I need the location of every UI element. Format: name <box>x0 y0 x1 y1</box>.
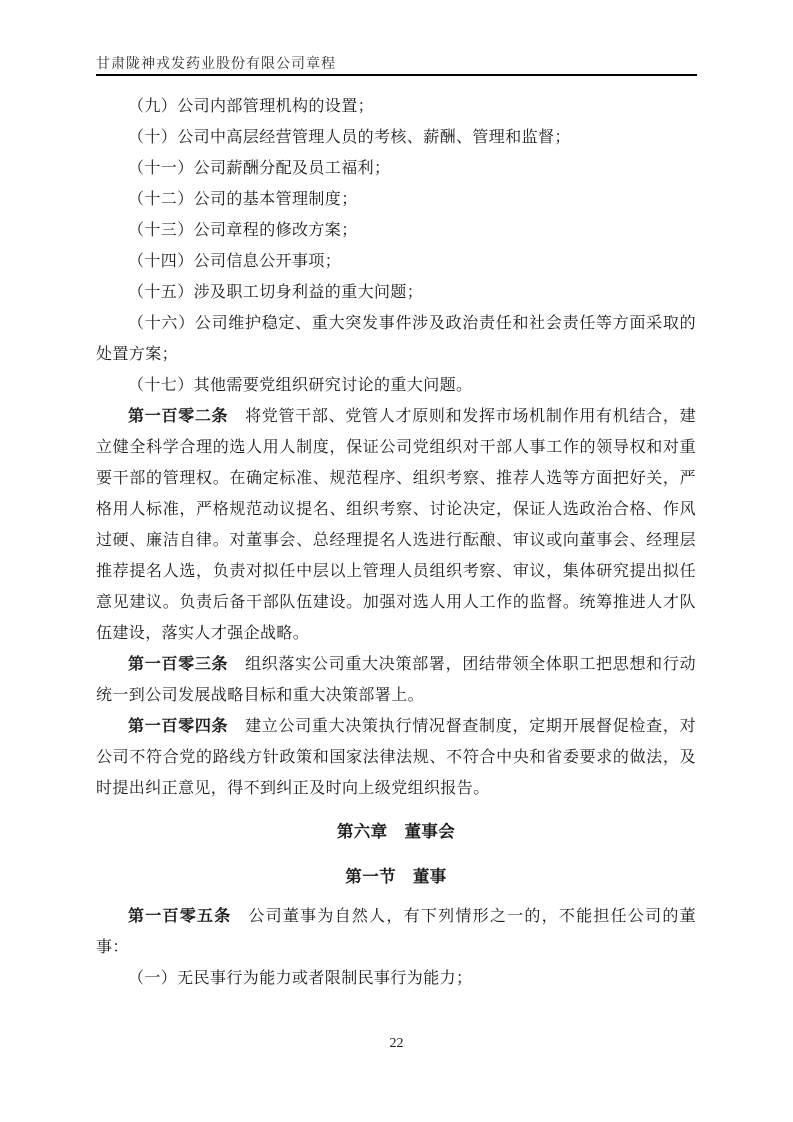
clause-paragraph: （十六）公司维护稳定、重大突发事件涉及政治责任和社会责任等方面采取的处置方案； <box>96 308 696 370</box>
article-paragraph: 第一百零二条将党管干部、党管人才原则和发挥市场机制作用有机结合，建立健全科学合理… <box>96 401 696 649</box>
article-number: 第一百零二条 <box>128 408 228 425</box>
clause-paragraph: （一）无民事行为能力或者限制民事行为能力； <box>96 963 696 994</box>
article-number: 第一百零三条 <box>128 656 228 673</box>
section-heading: 第一节 董事 <box>96 861 696 892</box>
clause-paragraph: （十）公司中高层经营管理人员的考核、薪酬、管理和监督； <box>96 122 696 153</box>
page-number: 22 <box>0 1036 793 1052</box>
article-text: 将党管干部、党管人才原则和发挥市场机制作用有机结合，建立健全科学合理的选人用人制… <box>96 408 696 642</box>
document-page: 甘肃陇神戎发药业股份有限公司章程 （九）公司内部管理机构的设置；（十）公司中高层… <box>0 0 793 1122</box>
article-paragraph: 第一百零五条公司董事为自然人，有下列情形之一的，不能担任公司的董事： <box>96 901 696 963</box>
article-paragraph: 第一百零四条建立公司重大决策执行情况督查制度，定期开展督促检查，对公司不符合党的… <box>96 711 696 804</box>
article-paragraph: 第一百零三条组织落实公司重大决策部署，团结带领全体职工把思想和行动统一到公司发展… <box>96 649 696 711</box>
page-header-title: 甘肃陇神戎发药业股份有限公司章程 <box>96 53 697 73</box>
article-number: 第一百零四条 <box>128 718 228 735</box>
clause-paragraph: （九）公司内部管理机构的设置； <box>96 91 696 122</box>
chapter-heading: 第六章 董事会 <box>96 816 696 847</box>
clause-paragraph: （十七）其他需要党组织研究讨论的重大问题。 <box>96 370 696 401</box>
clause-paragraph: （十一）公司薪酬分配及员工福利； <box>96 153 696 184</box>
clause-paragraph: （十二）公司的基本管理制度； <box>96 184 696 215</box>
clause-paragraph: （十四）公司信息公开事项； <box>96 246 696 277</box>
header-divider <box>96 74 697 76</box>
article-number: 第一百零五条 <box>128 908 232 925</box>
document-body: （九）公司内部管理机构的设置；（十）公司中高层经营管理人员的考核、薪酬、管理和监… <box>96 91 696 994</box>
clause-paragraph: （十五）涉及职工切身利益的重大问题； <box>96 277 696 308</box>
clause-paragraph: （十三）公司章程的修改方案； <box>96 215 696 246</box>
